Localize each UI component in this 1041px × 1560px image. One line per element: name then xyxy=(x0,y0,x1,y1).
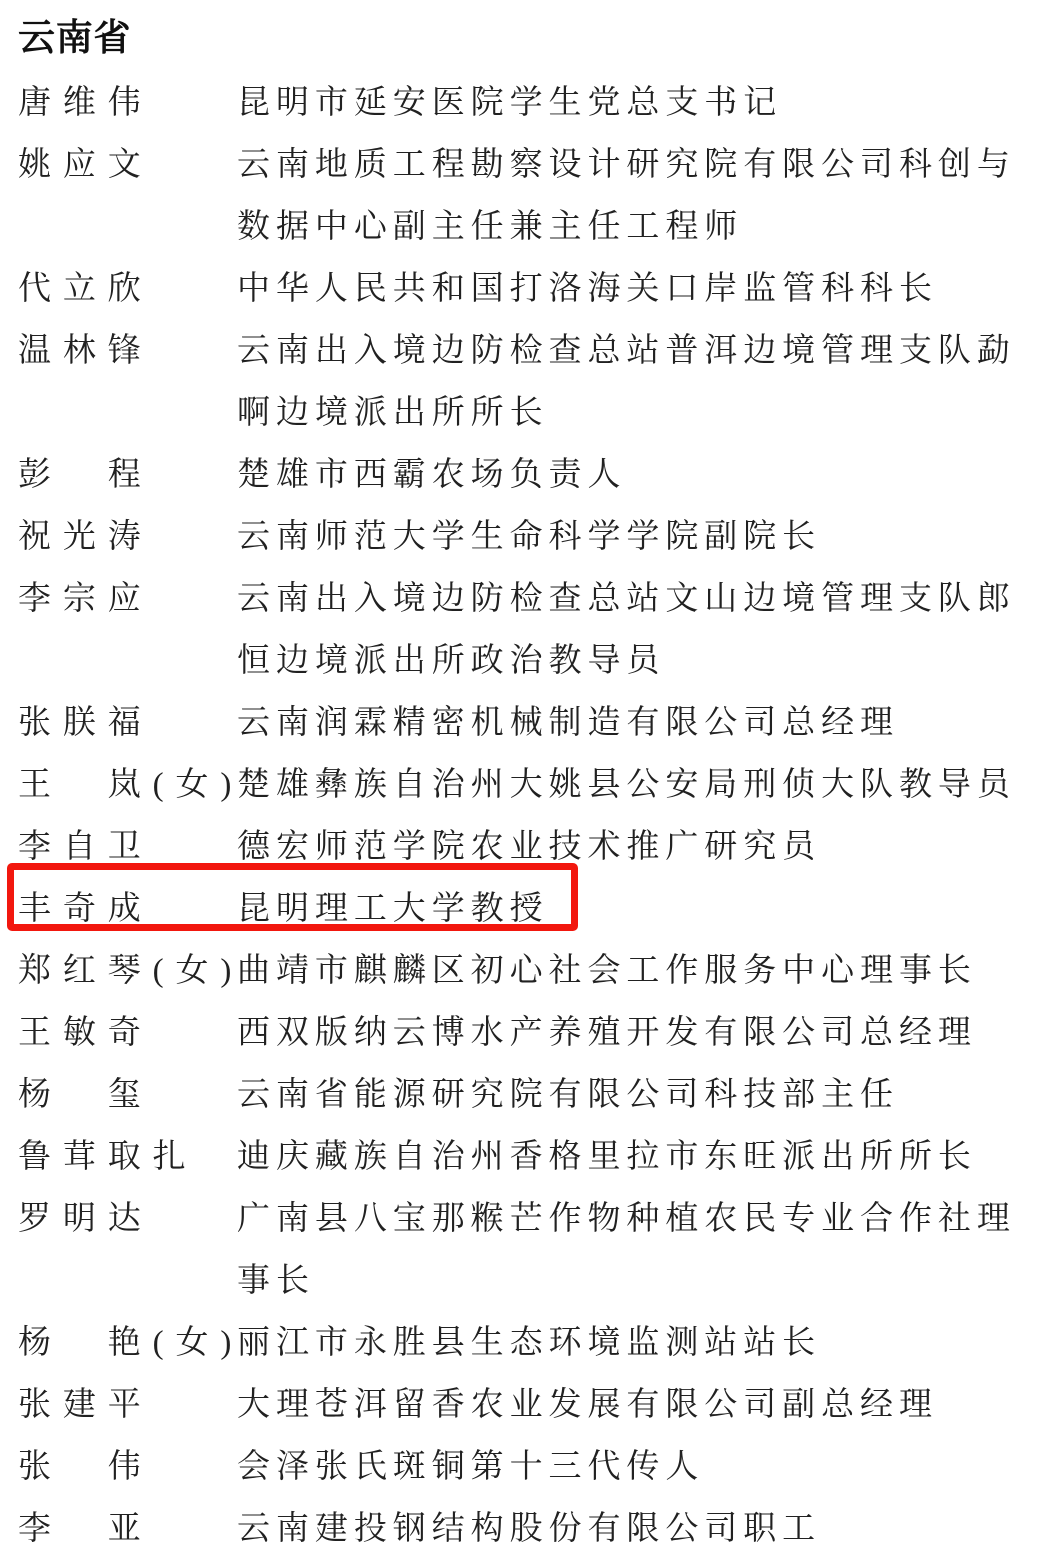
honoree-name: 鲁茸取扎 xyxy=(18,1126,237,1188)
honoree-title: 丽江市永胜县生态环境监测站站长 xyxy=(237,1312,821,1374)
list-item: 唐维伟 昆明市延安医院学生党总支书记 xyxy=(18,72,1027,134)
honoree-title-line: 会泽张氏斑铜第十三代传人 xyxy=(237,1436,704,1498)
honoree-name: 张建平 xyxy=(18,1374,237,1436)
list-item: 郑红琴(女) 曲靖市麒麟区初心社会工作服务中心理事长 xyxy=(18,940,1027,1002)
list-item: 杨 玺 云南省能源研究院有限公司科技部主任 xyxy=(18,1064,1027,1126)
honoree-title-line: 昆明理工大学教授 xyxy=(237,878,549,940)
honoree-title-line: 啊边境派出所所长 xyxy=(237,382,1016,444)
list-item: 罗明达 广南县八宝那糇芒作物种植农民专业合作社理事长 xyxy=(18,1188,1027,1312)
honoree-title: 德宏师范学院农业技术推广研究员 xyxy=(237,816,821,878)
list-item: 丰奇成 昆明理工大学教授 xyxy=(18,878,1027,940)
list-item: 鲁茸取扎 迪庆藏族自治州香格里拉市东旺派出所所长 xyxy=(18,1126,1027,1188)
honoree-name: 唐维伟 xyxy=(18,72,237,134)
honoree-name: 彭 程 xyxy=(18,444,237,506)
honoree-title-line: 事长 xyxy=(237,1250,1016,1312)
honoree-title: 大理苍洱留香农业发展有限公司副总经理 xyxy=(237,1374,938,1436)
honoree-title-line: 昆明市延安医院学生党总支书记 xyxy=(237,72,782,134)
honoree-title: 会泽张氏斑铜第十三代传人 xyxy=(237,1436,704,1498)
honoree-name: 张朕福 xyxy=(18,692,237,754)
honoree-title: 云南地质工程勘察设计研究院有限公司科创与数据中心副主任兼主任工程师 xyxy=(237,134,1016,258)
list-item: 代立欣 中华人民共和国打洛海关口岸监管科科长 xyxy=(18,258,1027,320)
honoree-title-line: 恒边境派出所政治教导员 xyxy=(237,630,1016,692)
honoree-title: 云南省能源研究院有限公司科技部主任 xyxy=(237,1064,899,1126)
honoree-title-line: 楚雄彝族自治州大姚县公安局刑侦大队教导员 xyxy=(237,754,1016,816)
honoree-title-line: 云南地质工程勘察设计研究院有限公司科创与 xyxy=(237,134,1016,196)
honoree-title-line: 中华人民共和国打洛海关口岸监管科科长 xyxy=(237,258,938,320)
honoree-title-line: 楚雄市西霸农场负责人 xyxy=(237,444,626,506)
honoree-title-line: 云南省能源研究院有限公司科技部主任 xyxy=(237,1064,899,1126)
honoree-title: 广南县八宝那糇芒作物种植农民专业合作社理事长 xyxy=(237,1188,1016,1312)
honoree-name: 罗明达 xyxy=(18,1188,237,1250)
list-item: 姚应文 云南地质工程勘察设计研究院有限公司科创与数据中心副主任兼主任工程师 xyxy=(18,134,1027,258)
honoree-title: 昆明市延安医院学生党总支书记 xyxy=(237,72,782,134)
honoree-name: 张 伟 xyxy=(18,1436,237,1498)
honoree-title: 西双版纳云博水产养殖开发有限公司总经理 xyxy=(237,1002,977,1064)
honoree-name: 王 岚(女) xyxy=(18,754,237,816)
list-item: 王 岚(女) 楚雄彝族自治州大姚县公安局刑侦大队教导员 xyxy=(18,754,1027,816)
list-item: 张 伟 会泽张氏斑铜第十三代传人 xyxy=(18,1436,1027,1498)
honoree-title-line: 迪庆藏族自治州香格里拉市东旺派出所所长 xyxy=(237,1126,977,1188)
honoree-title: 云南润霖精密机械制造有限公司总经理 xyxy=(237,692,899,754)
honoree-title-line: 西双版纳云博水产养殖开发有限公司总经理 xyxy=(237,1002,977,1064)
honoree-title: 云南建投钢结构股份有限公司职工 xyxy=(237,1498,821,1560)
honoree-title-line: 广南县八宝那糇芒作物种植农民专业合作社理 xyxy=(237,1188,1016,1250)
honoree-name: 杨 玺 xyxy=(18,1064,237,1126)
list-item: 李自卫 德宏师范学院农业技术推广研究员 xyxy=(18,816,1027,878)
honoree-title-line: 德宏师范学院农业技术推广研究员 xyxy=(237,816,821,878)
honoree-title: 迪庆藏族自治州香格里拉市东旺派出所所长 xyxy=(237,1126,977,1188)
list-item: 彭 程 楚雄市西霸农场负责人 xyxy=(18,444,1027,506)
honoree-name: 郑红琴(女) xyxy=(18,940,237,1002)
honoree-name: 李 亚 xyxy=(18,1498,237,1560)
list-item: 张建平 大理苍洱留香农业发展有限公司副总经理 xyxy=(18,1374,1027,1436)
honoree-title-line: 云南建投钢结构股份有限公司职工 xyxy=(237,1498,821,1560)
honoree-title: 楚雄市西霸农场负责人 xyxy=(237,444,626,506)
list-item: 李 亚 云南建投钢结构股份有限公司职工 xyxy=(18,1498,1027,1560)
honoree-title-line: 曲靖市麒麟区初心社会工作服务中心理事长 xyxy=(237,940,977,1002)
list-item: 王敏奇 西双版纳云博水产养殖开发有限公司总经理 xyxy=(18,1002,1027,1064)
honoree-title-line: 云南师范大学生命科学学院副院长 xyxy=(237,506,821,568)
honoree-list: 唐维伟 昆明市延安医院学生党总支书记 姚应文 云南地质工程勘察设计研究院有限公司… xyxy=(18,72,1027,1560)
honoree-name: 李宗应 xyxy=(18,568,237,630)
honoree-name: 王敏奇 xyxy=(18,1002,237,1064)
honoree-name: 代立欣 xyxy=(18,258,237,320)
list-item: 祝光涛 云南师范大学生命科学学院副院长 xyxy=(18,506,1027,568)
honoree-name: 杨 艳(女) xyxy=(18,1312,237,1374)
honoree-title: 昆明理工大学教授 xyxy=(237,878,549,940)
honoree-title-line: 云南润霖精密机械制造有限公司总经理 xyxy=(237,692,899,754)
honoree-title: 云南出入境边防检查总站普洱边境管理支队勐啊边境派出所所长 xyxy=(237,320,1016,444)
honoree-title-line: 云南出入境边防检查总站普洱边境管理支队勐 xyxy=(237,320,1016,382)
honoree-title-line: 丽江市永胜县生态环境监测站站长 xyxy=(237,1312,821,1374)
honoree-title: 中华人民共和国打洛海关口岸监管科科长 xyxy=(237,258,938,320)
honoree-name: 姚应文 xyxy=(18,134,237,196)
honoree-title: 云南出入境边防检查总站文山边境管理支队郎恒边境派出所政治教导员 xyxy=(237,568,1016,692)
province-header: 云南省 xyxy=(18,18,1027,58)
list-item: 张朕福 云南润霖精密机械制造有限公司总经理 xyxy=(18,692,1027,754)
honoree-name: 祝光涛 xyxy=(18,506,237,568)
honoree-title: 曲靖市麒麟区初心社会工作服务中心理事长 xyxy=(237,940,977,1002)
list-item: 杨 艳(女) 丽江市永胜县生态环境监测站站长 xyxy=(18,1312,1027,1374)
honoree-name: 温林锋 xyxy=(18,320,237,382)
honoree-title-line: 大理苍洱留香农业发展有限公司副总经理 xyxy=(237,1374,938,1436)
list-item: 温林锋 云南出入境边防检查总站普洱边境管理支队勐啊边境派出所所长 xyxy=(18,320,1027,444)
honoree-title-line: 云南出入境边防检查总站文山边境管理支队郎 xyxy=(237,568,1016,630)
honoree-name: 丰奇成 xyxy=(18,878,237,940)
document-page: 云南省 唐维伟 昆明市延安医院学生党总支书记 姚应文 云南地质工程勘察设计研究院… xyxy=(0,0,1041,1560)
list-item: 李宗应 云南出入境边防检查总站文山边境管理支队郎恒边境派出所政治教导员 xyxy=(18,568,1027,692)
honoree-title-line: 数据中心副主任兼主任工程师 xyxy=(237,196,1016,258)
honoree-name: 李自卫 xyxy=(18,816,237,878)
honoree-title: 云南师范大学生命科学学院副院长 xyxy=(237,506,821,568)
honoree-title: 楚雄彝族自治州大姚县公安局刑侦大队教导员 xyxy=(237,754,1016,816)
